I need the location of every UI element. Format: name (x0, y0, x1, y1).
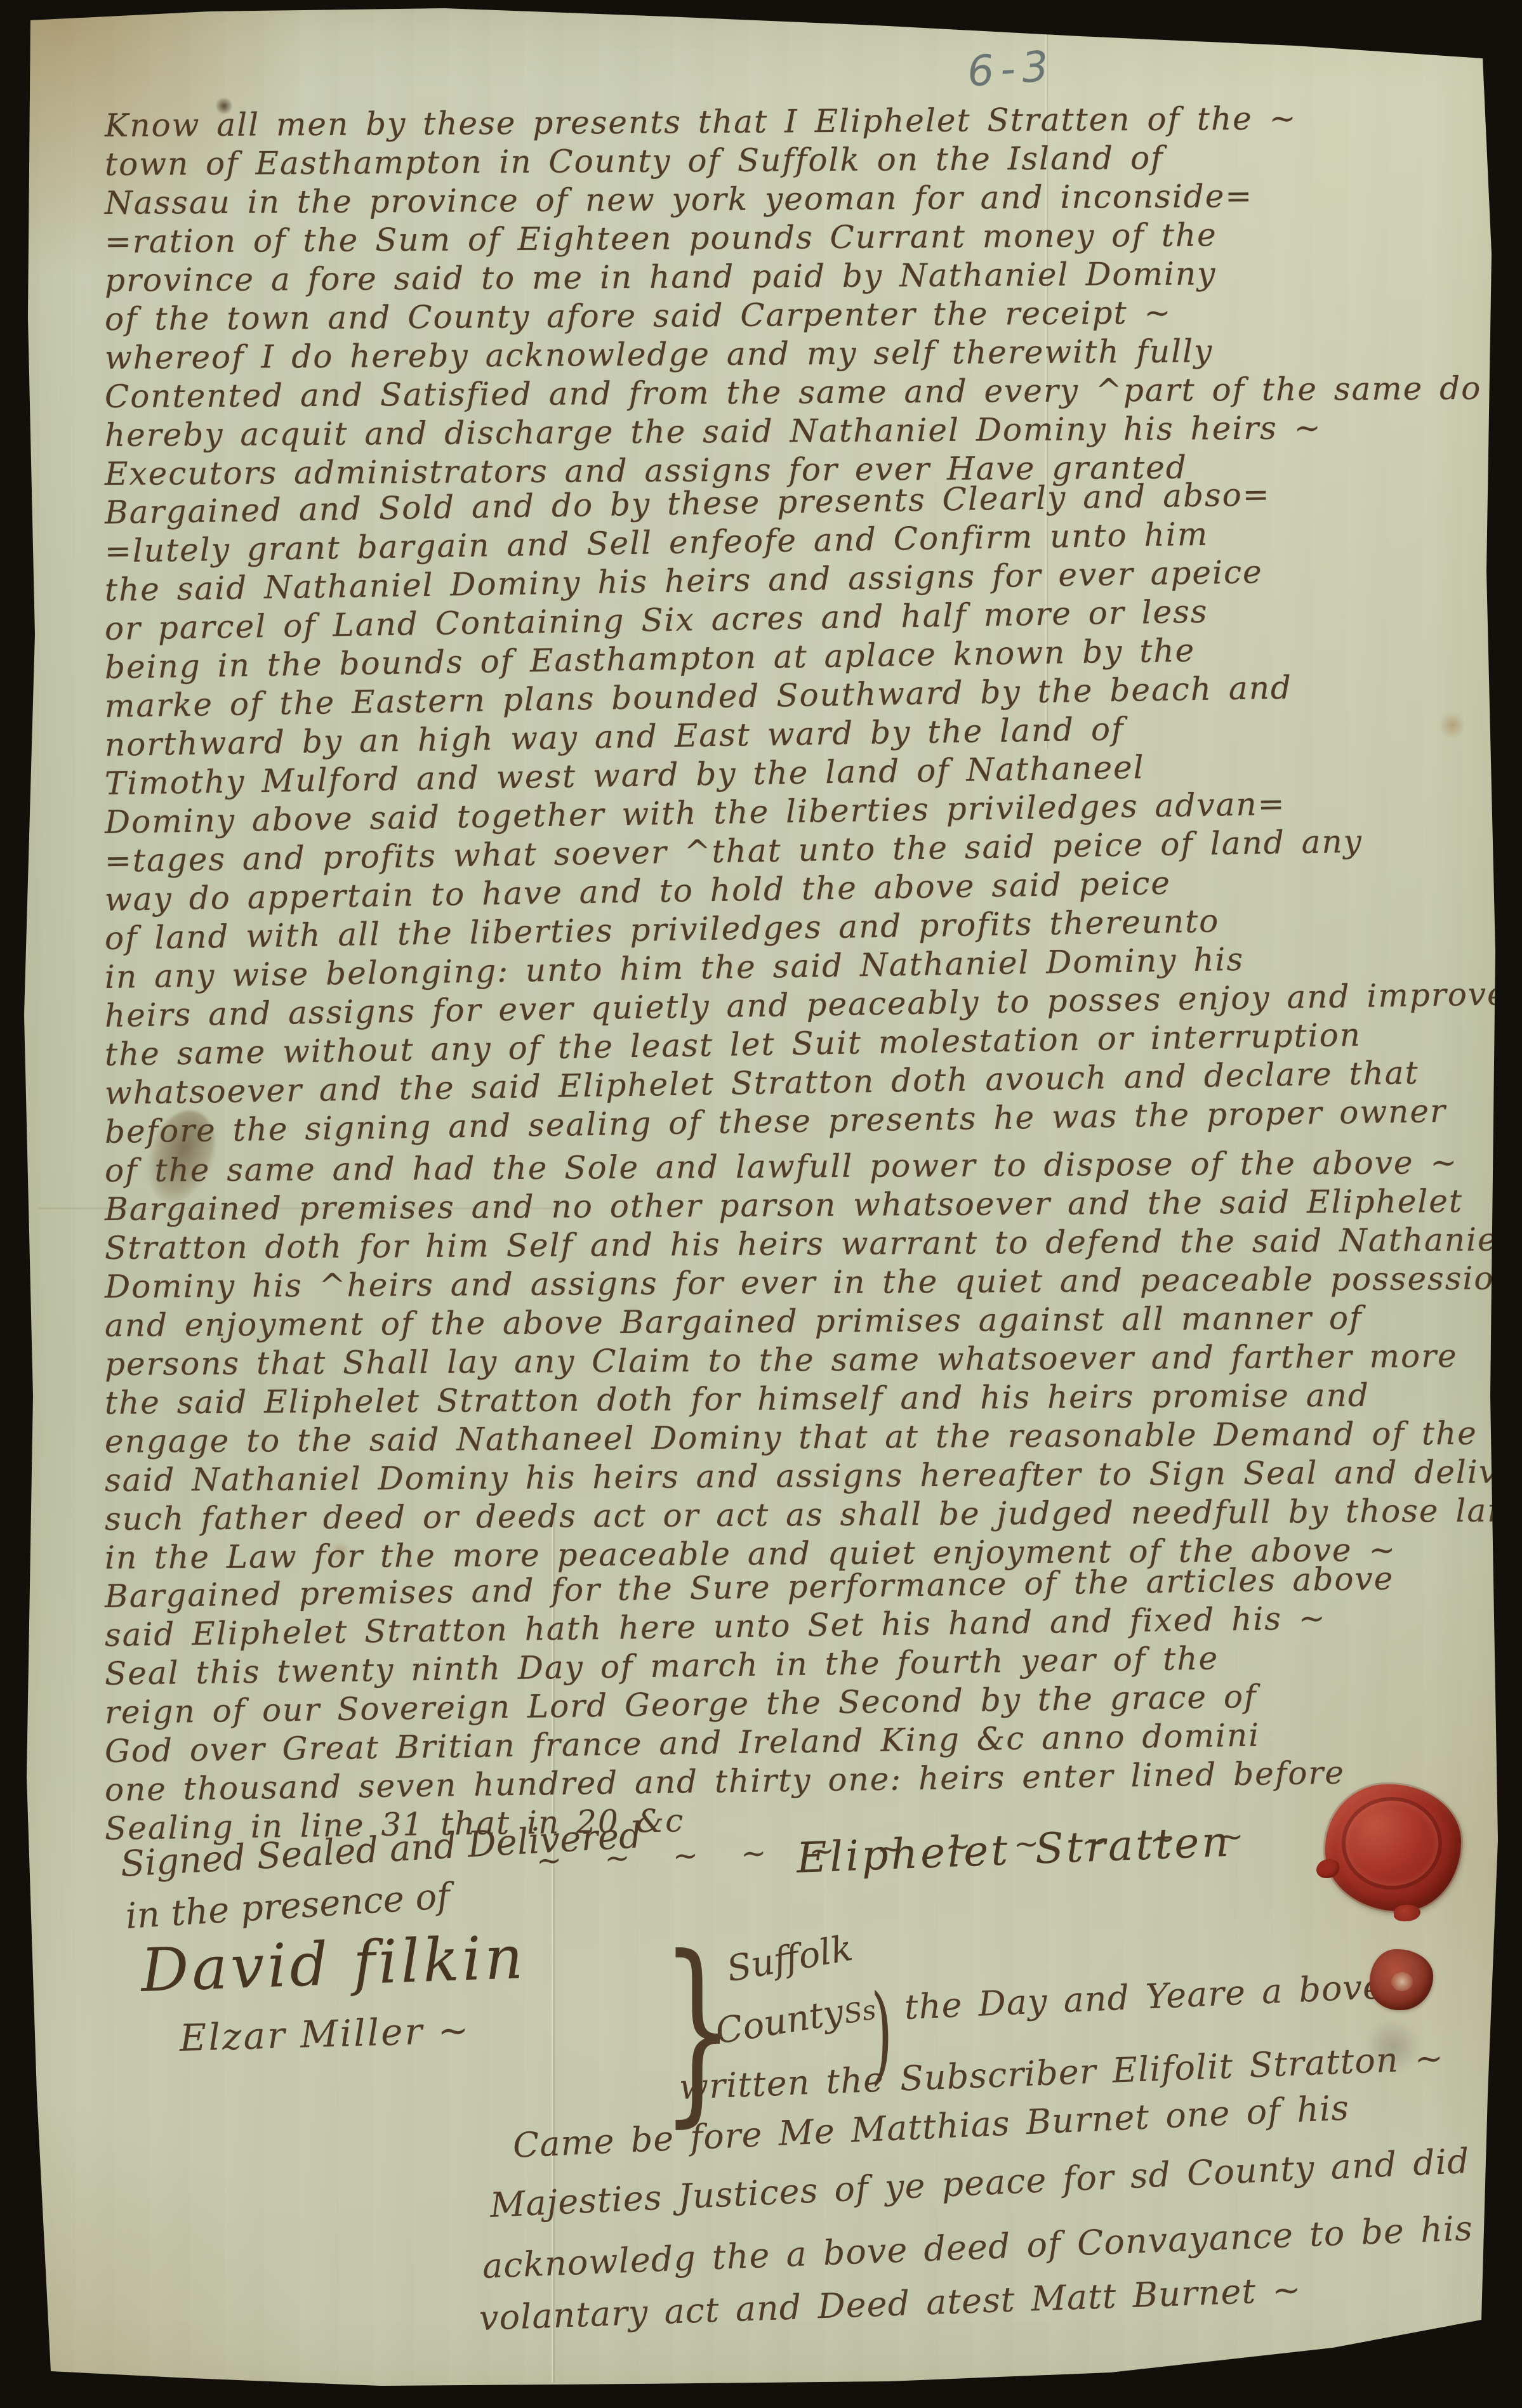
pencil-page-number: 6-3 (965, 41, 1056, 96)
deed-body-text: Know all men by these presents that I El… (105, 107, 1488, 1848)
photograph-background: 6-3 Know all men by these presents that … (0, 0, 1522, 2408)
witness-signature: David filkin (140, 1923, 527, 2006)
red-wax-seal-icon (1325, 1784, 1461, 1911)
deed-paper-sheet: 6-3 Know all men by these presents that … (0, 0, 1522, 2408)
wax-seal-impression-ring (1342, 1797, 1442, 1890)
witness-signature: Elzar Miller ~ (179, 2008, 471, 2060)
wax-residue-fleck (1391, 1972, 1413, 1991)
scilicet-ss-mark: Ss (842, 1994, 878, 2029)
